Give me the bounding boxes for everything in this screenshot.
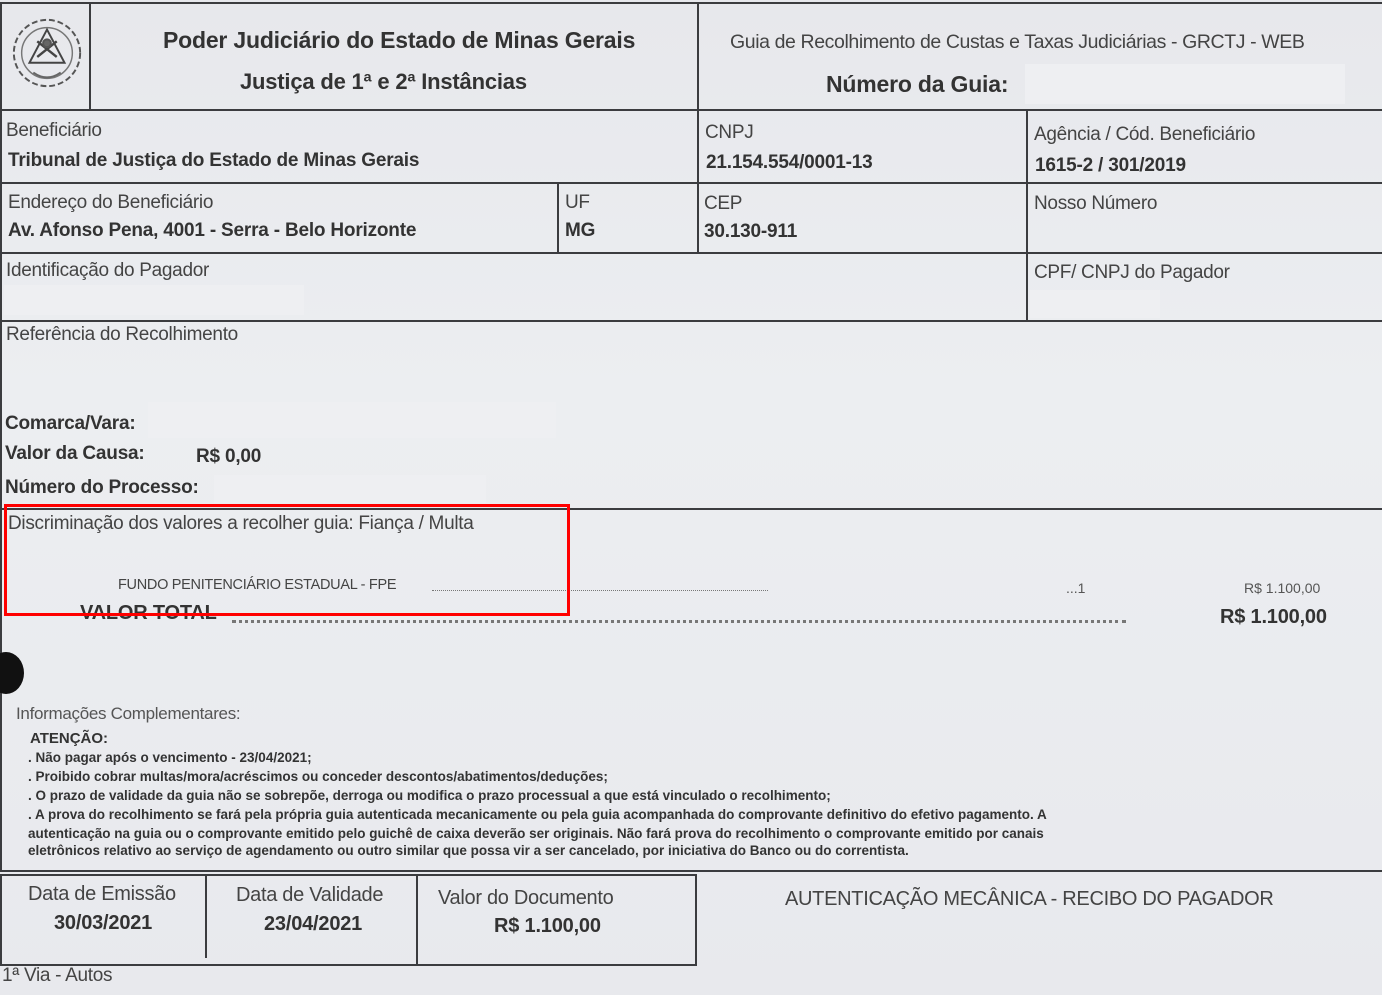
emissao-value: 30/03/2021 xyxy=(54,912,152,935)
valor-causa-label: Valor da Causa: xyxy=(5,443,145,465)
comarca-value xyxy=(148,402,556,438)
guia-number-value xyxy=(1025,64,1345,104)
beneficiario-label: Beneficiário xyxy=(6,120,102,142)
valor-documento-label: Valor do Documento xyxy=(438,887,613,910)
endereco-label: Endereço do Beneficiário xyxy=(8,192,213,214)
divider xyxy=(697,183,699,253)
highlight-box xyxy=(4,504,570,616)
cnpj-value: 21.154.554/0001-13 xyxy=(706,152,873,174)
payment-slip-document: Poder Judiciário do Estado de Minas Gera… xyxy=(0,0,1382,995)
emissao-label: Data de Emissão xyxy=(28,883,176,906)
cpf-pagador-value xyxy=(1030,290,1160,318)
agencia-value: 1615-2 / 301/2019 xyxy=(1035,155,1186,177)
total-value: R$ 1.100,00 xyxy=(1220,606,1327,629)
cpf-pagador-label: CPF/ CNPJ do Pagador xyxy=(1034,262,1230,284)
autenticacao-mecanica: AUTENTICAÇÃO MECÂNICA - RECIBO DO PAGADO… xyxy=(785,888,1274,911)
org-subtitle: Justiça de 1ª e 2ª Instâncias xyxy=(240,69,527,95)
item-quantity: ...1 xyxy=(1066,580,1085,596)
divider xyxy=(0,252,1382,254)
divider xyxy=(0,182,1382,184)
valor-causa-value: R$ 0,00 xyxy=(196,446,261,468)
referencia-label: Referência do Recolhimento xyxy=(6,324,238,346)
guia-number-label: Número da Guia: xyxy=(826,71,1008,98)
informacoes-label: Informações Complementares: xyxy=(16,704,240,724)
divider xyxy=(1026,110,1028,322)
processo-value xyxy=(214,475,486,503)
org-name: Poder Judiciário do Estado de Minas Gera… xyxy=(163,27,635,54)
pagador-value xyxy=(4,285,304,315)
note-line: . Proibido cobrar multas/mora/acréscimos… xyxy=(28,767,1047,786)
pagador-label: Identificação do Pagador xyxy=(6,260,209,282)
divider xyxy=(0,109,1382,111)
notes-list: . Não pagar após o vencimento - 23/04/20… xyxy=(28,748,1047,860)
attention-heading: ATENÇÃO: xyxy=(30,730,108,747)
divider xyxy=(205,876,207,958)
total-leader-dots xyxy=(232,620,1126,623)
note-line: eletrônicos relativo ao serviço de agend… xyxy=(28,841,1047,860)
item-value: R$ 1.100,00 xyxy=(1244,580,1320,596)
divider xyxy=(697,2,699,182)
note-line: . A prova do recolhimento se fará pela p… xyxy=(28,805,1047,824)
endereco-value: Av. Afonso Pena, 4001 - Serra - Belo Hor… xyxy=(8,220,416,242)
divider xyxy=(557,183,559,253)
uf-value: MG xyxy=(565,220,595,242)
divider xyxy=(416,876,418,964)
coat-of-arms-icon xyxy=(8,12,86,94)
note-line: . O prazo de validade da guia não se sob… xyxy=(28,786,1047,805)
cep-value: 30.130-911 xyxy=(704,221,797,243)
document-title: Guia de Recolhimento de Custas e Taxas J… xyxy=(730,31,1304,54)
uf-label: UF xyxy=(565,192,590,214)
valor-documento-value: R$ 1.100,00 xyxy=(494,915,601,938)
validade-label: Data de Validade xyxy=(236,884,383,907)
nosso-numero-label: Nosso Número xyxy=(1034,193,1157,215)
cnpj-label: CNPJ xyxy=(705,122,753,144)
divider xyxy=(89,2,91,110)
divider xyxy=(0,320,1382,322)
beneficiario-value: Tribunal de Justiça do Estado de Minas G… xyxy=(8,150,419,172)
comarca-label: Comarca/Vara: xyxy=(5,413,135,435)
agencia-label: Agência / Cód. Beneficiário xyxy=(1034,124,1255,146)
note-line: . Não pagar após o vencimento - 23/04/20… xyxy=(28,748,1047,767)
validade-value: 23/04/2021 xyxy=(264,913,362,936)
processo-label: Número do Processo: xyxy=(5,477,199,499)
via-label: 1ª Via - Autos xyxy=(2,965,112,987)
cep-label: CEP xyxy=(704,193,742,215)
